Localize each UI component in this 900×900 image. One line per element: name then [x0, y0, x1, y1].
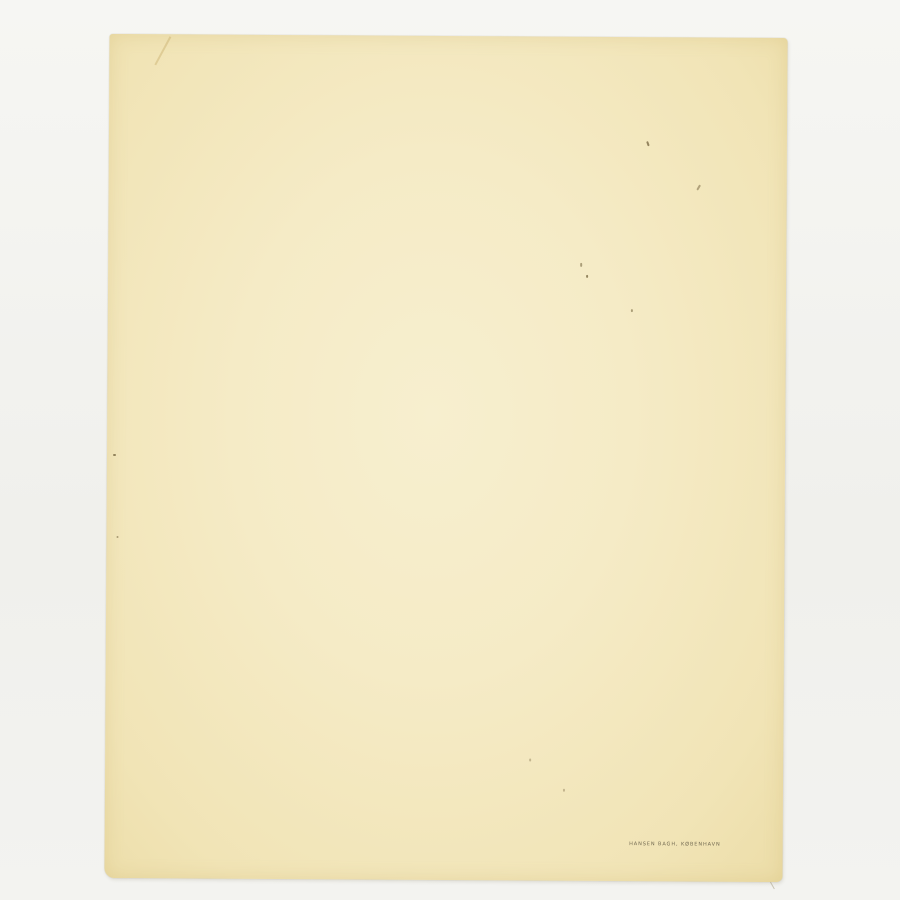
paper-speck	[696, 184, 701, 190]
paper-speck	[631, 309, 633, 312]
paper-crease	[154, 36, 171, 65]
paper-speck	[113, 454, 116, 456]
paper-speck	[646, 141, 650, 146]
paper-sheet: HANSEN BAGH, KØBENHAVN	[104, 34, 787, 882]
paper-speck	[117, 536, 119, 538]
paper-speck	[580, 263, 582, 267]
printer-imprint: HANSEN BAGH, KØBENHAVN	[629, 841, 721, 848]
paper-speck	[586, 275, 588, 278]
paper-speck	[529, 759, 531, 762]
paper-speck	[563, 789, 565, 792]
